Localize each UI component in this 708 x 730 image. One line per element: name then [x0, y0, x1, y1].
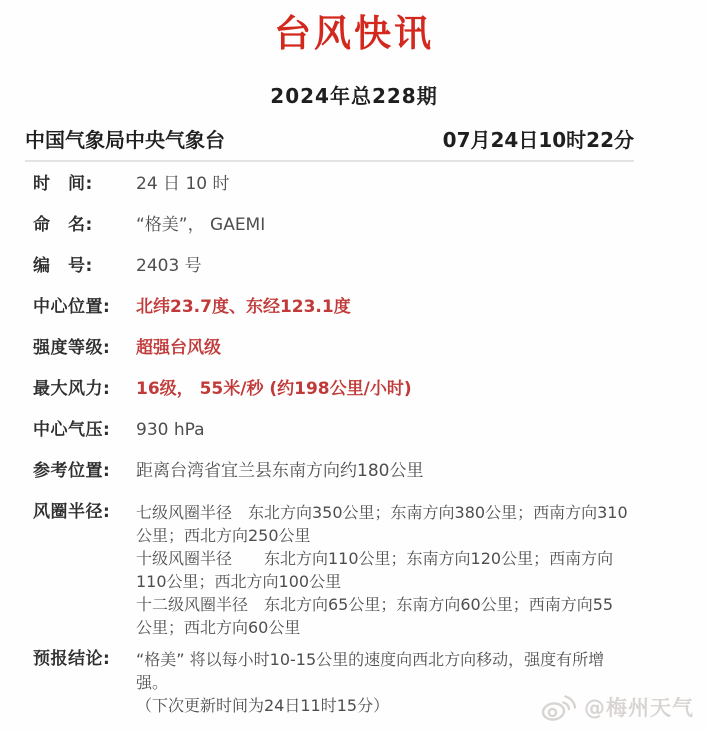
field-list: 时 间: 24 日 10 时 命 名: “格美”， GAEMI 编 号: 240…	[33, 173, 668, 717]
field-row-time: 时 间: 24 日 10 时	[33, 173, 668, 195]
field-label: 预报结论:	[33, 648, 136, 670]
field-row-max-wind: 最大风力: 16级， 55米/秒 (约198公里/小时)	[33, 378, 668, 400]
field-row-central-pressure: 中心气压: 930 hPa	[33, 419, 668, 441]
field-value: “格美”， GAEMI	[136, 214, 265, 236]
issue-number: 2024年总228期	[0, 84, 708, 108]
agency-name: 中国气象局中央气象台	[25, 128, 225, 152]
forecast-lines: “格美” 将以每小时10-15公里的速度向西北方向移动，强度有所增 强。 （下次…	[136, 648, 604, 717]
publish-time: 07月24日10时22分	[443, 128, 634, 152]
watermark-handle: @梅州天气	[584, 692, 694, 722]
field-label: 强度等级:	[33, 337, 136, 359]
wind-circle-lines: 七级风圈半径 东北方向350公里；东南方向380公里；西南方向310 公里；西北…	[136, 501, 628, 639]
field-label: 命 名:	[33, 214, 136, 236]
field-row-wind-circle-radius: 风圈半径: 七级风圈半径 东北方向350公里；东南方向380公里；西南方向310…	[33, 501, 668, 639]
forecast-line: “格美” 将以每小时10-15公里的速度向西北方向移动，强度有所增	[136, 648, 604, 671]
wind-circle-line: 十级风圈半径 东北方向110公里；东南方向120公里；西南方向	[136, 547, 628, 570]
forecast-line: （下次更新时间为24日11时15分）	[136, 694, 604, 717]
field-row-reference-position: 参考位置: 距离台湾省宜兰县东南方向约180公里	[33, 460, 668, 482]
field-label: 时 间:	[33, 173, 136, 195]
wind-circle-line: 110公里；西北方向100公里	[136, 570, 628, 593]
field-row-number: 编 号: 2403 号	[33, 255, 668, 277]
weibo-icon	[541, 692, 577, 722]
wind-circle-line: 七级风圈半径 东北方向350公里；东南方向380公里；西南方向310	[136, 501, 628, 524]
field-value: 2403 号	[136, 255, 202, 277]
field-row-center-position: 中心位置: 北纬23.7度、东经123.1度	[33, 296, 668, 318]
forecast-line: 强。	[136, 671, 604, 694]
field-row-name: 命 名: “格美”， GAEMI	[33, 214, 668, 236]
header-divider	[25, 160, 634, 162]
bulletin-header: 中国气象局中央气象台 07月24日10时22分	[25, 128, 634, 152]
field-value: 距离台湾省宜兰县东南方向约180公里	[136, 460, 423, 482]
field-value: 北纬23.7度、东经123.1度	[136, 296, 351, 318]
typhoon-bulletin: 台风快讯 2024年总228期 中国气象局中央气象台 07月24日10时22分 …	[0, 0, 708, 730]
field-label: 编 号:	[33, 255, 136, 277]
wind-circle-line: 十二级风圈半径 东北方向65公里；东南方向60公里；西南方向55	[136, 593, 628, 616]
watermark: @梅州天气	[541, 692, 694, 722]
wind-circle-line: 公里；西北方向250公里	[136, 524, 628, 547]
field-value: 24 日 10 时	[136, 173, 229, 195]
field-value: 16级， 55米/秒 (约198公里/小时)	[136, 378, 412, 400]
field-label: 参考位置:	[33, 460, 136, 482]
field-value: 超强台风级	[136, 337, 221, 359]
field-label: 最大风力:	[33, 378, 136, 400]
page-title: 台风快讯	[0, 0, 708, 56]
field-label: 中心气压:	[33, 419, 136, 441]
field-value: 930 hPa	[136, 419, 205, 441]
field-label: 中心位置:	[33, 296, 136, 318]
field-row-intensity: 强度等级: 超强台风级	[33, 337, 668, 359]
wind-circle-line: 公里；西北方向60公里	[136, 616, 628, 639]
field-label: 风圈半径:	[33, 501, 136, 523]
